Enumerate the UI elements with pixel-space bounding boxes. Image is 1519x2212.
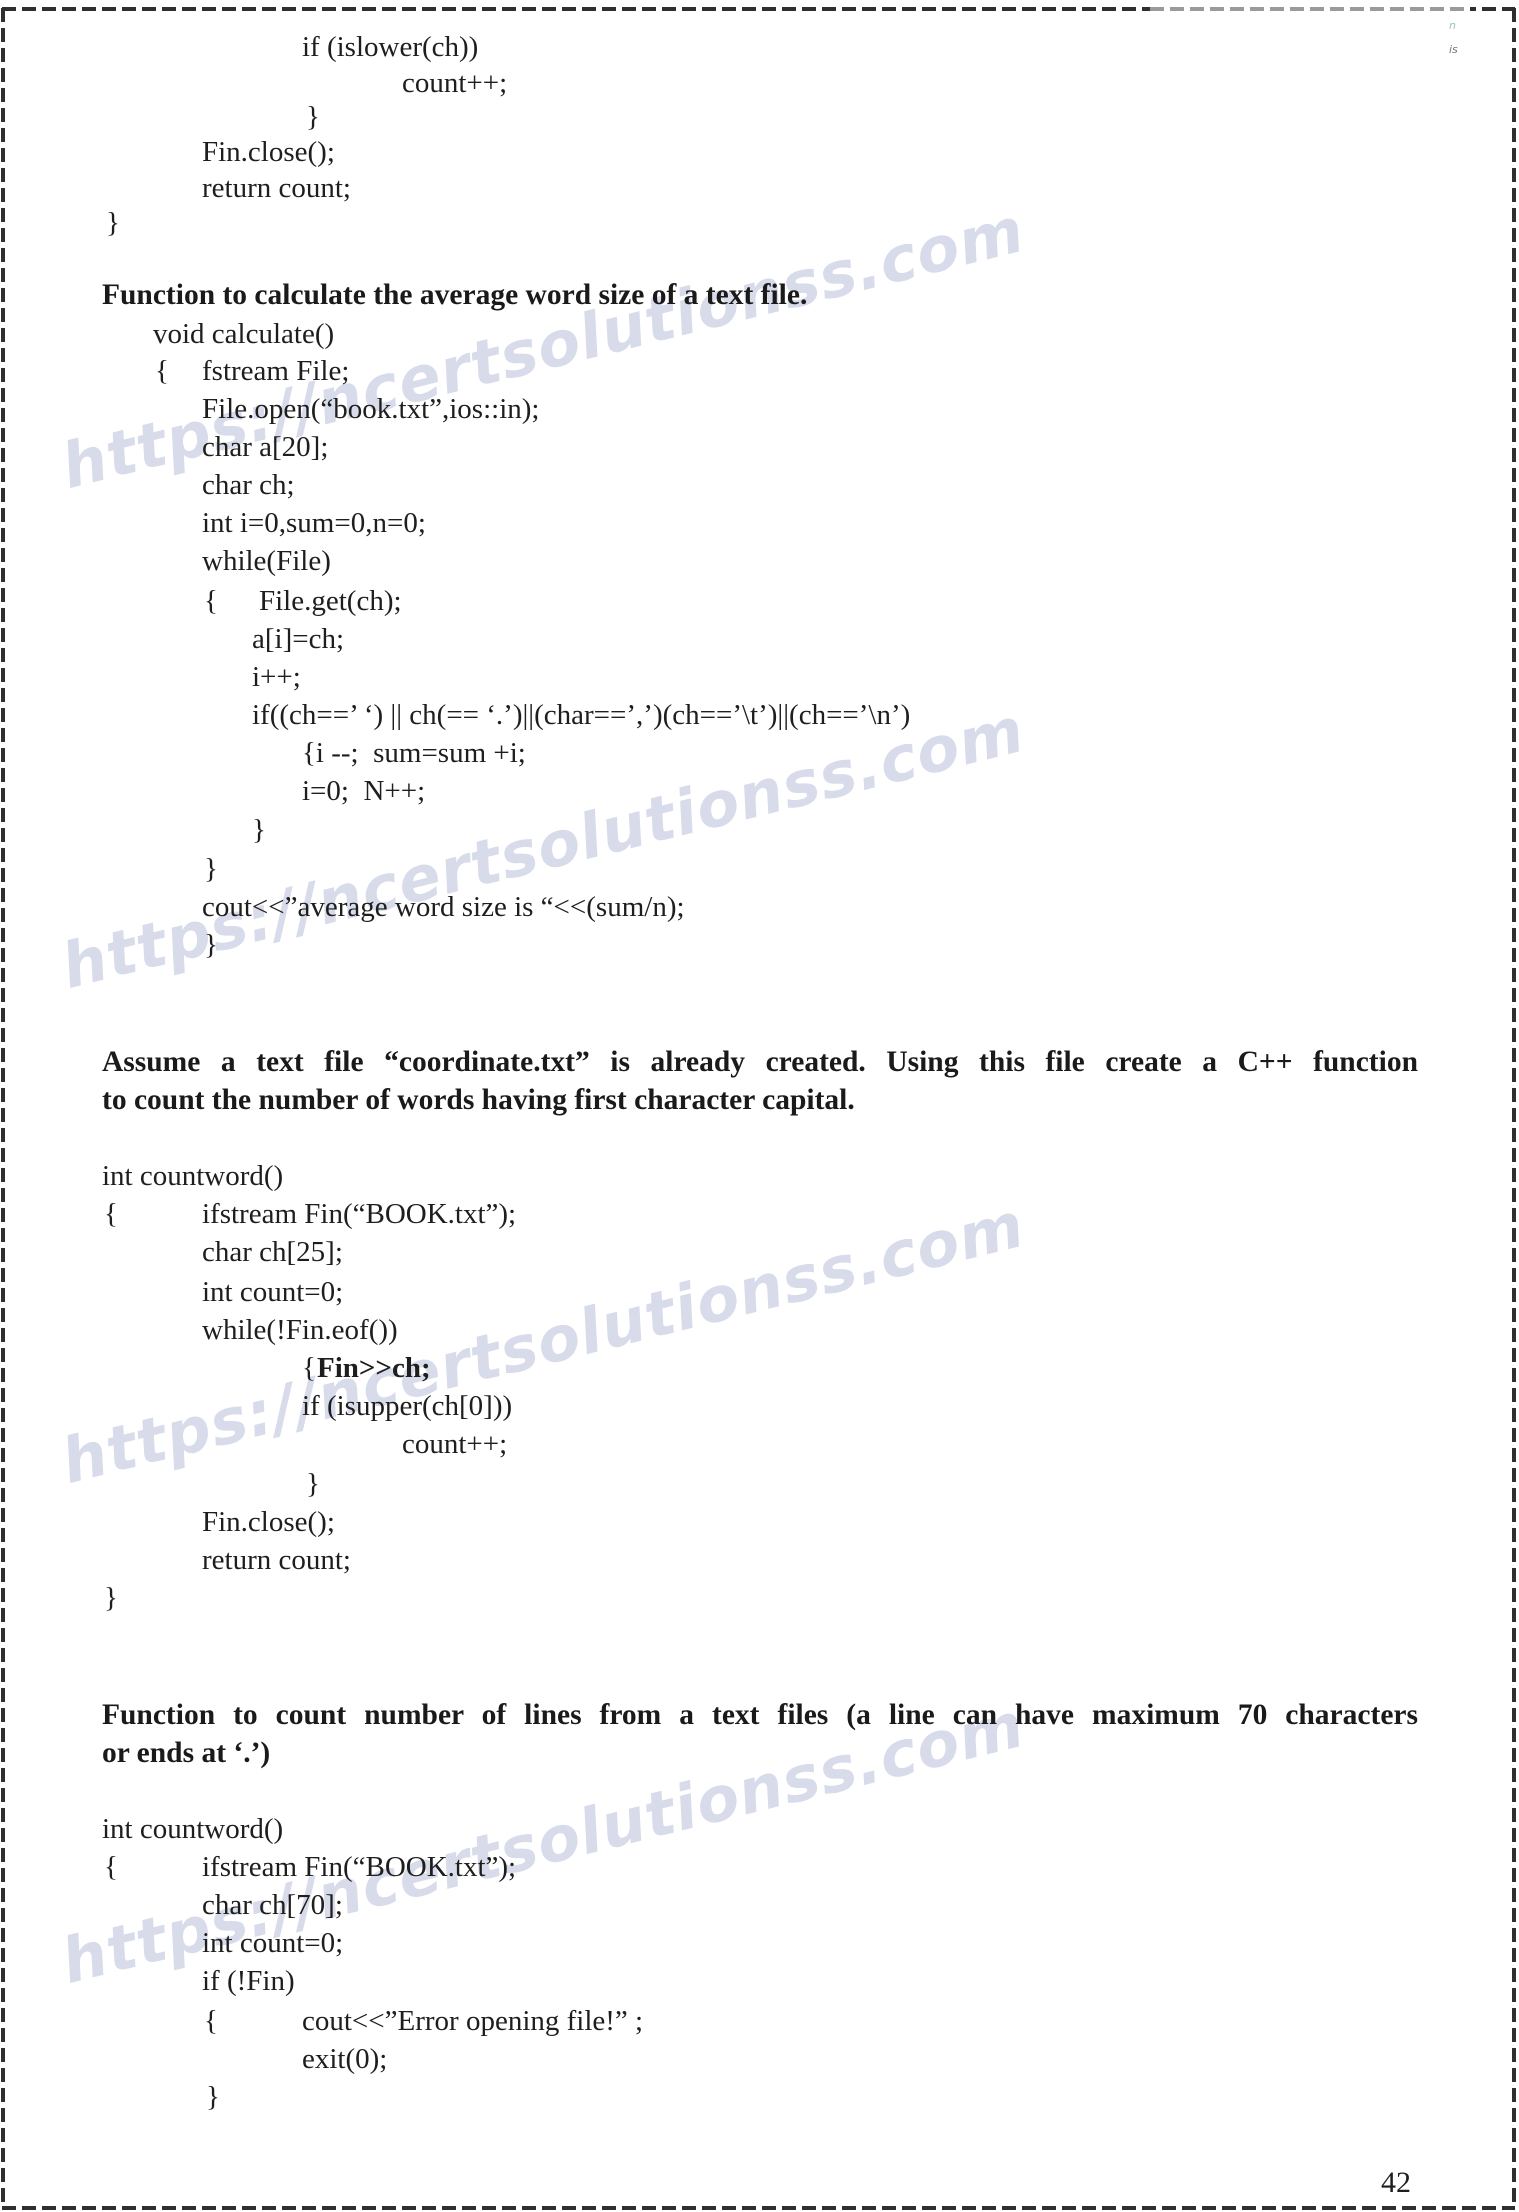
code-line: exit(0);	[302, 2042, 387, 2076]
section-heading: Function to count number of lines from a…	[102, 1698, 1418, 1732]
page-border-top	[2, 7, 1515, 11]
code-line: i=0; N++;	[302, 774, 425, 808]
code-line: {	[204, 584, 218, 618]
code-line: return count;	[202, 1543, 351, 1577]
corner-mark: is	[1449, 44, 1458, 56]
section-heading: Assume a text file “coordinate.txt” is a…	[102, 1045, 1418, 1079]
code-line: cout<<”Error opening file!” ;	[302, 2004, 643, 2038]
code-line: }	[206, 2080, 220, 2114]
code-line: int count=0;	[202, 1275, 343, 1309]
page-border-top-faded	[1150, 7, 1470, 11]
code-line: {	[204, 2004, 218, 2038]
code-line: while(File)	[202, 544, 331, 578]
code-line: Fin.close();	[202, 135, 335, 169]
code-line: int countword()	[102, 1812, 283, 1846]
code-line: count++;	[402, 66, 507, 100]
code-line: {	[104, 1850, 118, 1884]
code-line: }	[106, 206, 120, 240]
code-line: }	[204, 928, 218, 962]
code-line: char ch;	[202, 468, 295, 502]
code-line: char a[20];	[202, 430, 328, 464]
code-line: if((ch==’ ‘) || ch(== ‘.’)||(char==’,’)(…	[252, 698, 910, 732]
page-number: 42	[1381, 2166, 1411, 2200]
code-line: cout<<”average word size is “<<(sum/n);	[202, 890, 685, 924]
code-line: fstream File;	[202, 354, 349, 388]
section-heading: or ends at ‘.’)	[102, 1736, 270, 1770]
code-line: Fin>>ch;	[317, 1351, 431, 1385]
code-line: }	[104, 1581, 118, 1615]
code-line: char ch[25];	[202, 1235, 343, 1269]
section-heading: Function to calculate the average word s…	[102, 278, 807, 312]
code-line: ifstream Fin(“BOOK.txt”);	[202, 1850, 516, 1884]
code-line: {	[302, 1351, 316, 1385]
corner-mark: n	[1449, 20, 1456, 32]
code-line: }	[252, 813, 266, 847]
page-border-bottom	[2, 2206, 1515, 2210]
code-line: void calculate()	[153, 317, 334, 351]
watermark: https://ncertsolutionss.com	[54, 1188, 1031, 1498]
code-line: int countword()	[102, 1159, 283, 1193]
page-border-left	[1, 8, 5, 2208]
code-line: {	[104, 1197, 118, 1231]
code-line: if (isupper(ch[0]))	[302, 1389, 512, 1423]
code-line: int count=0;	[202, 1926, 343, 1960]
code-line: a[i]=ch;	[252, 622, 344, 656]
code-line: ifstream Fin(“BOOK.txt”);	[202, 1197, 516, 1231]
watermark: https://ncertsolutionss.com	[54, 693, 1031, 1003]
code-line: }	[204, 852, 218, 886]
code-line: File.open(“book.txt”,ios::in);	[202, 392, 539, 426]
code-line: if (!Fin)	[202, 1964, 295, 1998]
code-line: int i=0,sum=0,n=0;	[202, 506, 426, 540]
code-line: if (islower(ch))	[302, 30, 478, 64]
code-line: Fin.close();	[202, 1505, 335, 1539]
page-border-right	[1512, 8, 1516, 2208]
code-line: count++;	[402, 1427, 507, 1461]
code-line: }	[306, 1467, 320, 1501]
code-line: char ch[70];	[202, 1888, 343, 1922]
code-line: while(!Fin.eof())	[202, 1313, 398, 1347]
code-line: {i --; sum=sum +i;	[302, 736, 526, 770]
code-line: {	[155, 354, 169, 388]
section-heading: to count the number of words having firs…	[102, 1083, 855, 1117]
code-line: File.get(ch);	[259, 584, 402, 618]
code-line: }	[306, 100, 320, 134]
code-line: i++;	[252, 660, 301, 694]
code-line: return count;	[202, 171, 351, 205]
